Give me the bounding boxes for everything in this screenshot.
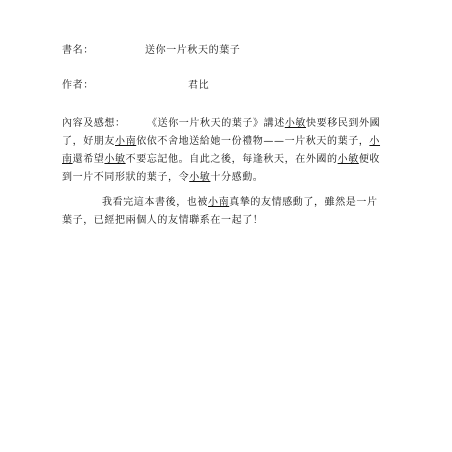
- paragraph1-line3: 南還希望小敏不要忘記他。自此之後，每逢秋天，在外國的小敏便收: [62, 154, 380, 166]
- paragraph2-line1: 我看完這本書後，也被小南真摯的友情感動了，雖然是一片: [102, 197, 378, 209]
- character-name-underlined: 小敏: [104, 154, 125, 165]
- text-run: 真摯的友情感動了，雖然是一片: [229, 197, 377, 208]
- character-name-underlined: 小南: [115, 136, 136, 147]
- text-run: 到一片不同形狀的葉子，令: [62, 172, 189, 183]
- paragraph1-line1: 《送你一片秋天的葉子》講述小敏快要移民到外國: [147, 118, 380, 130]
- text-run: 依依不舍地送給她一份禮物——一片秋天的葉子，: [136, 136, 369, 147]
- text-run: 不要忘記他。自此之後，每逢秋天，在外國的: [126, 154, 338, 165]
- section-label: 內容及感想：: [62, 118, 126, 130]
- character-name-underlined: 小: [369, 136, 380, 147]
- text-run: 了，好朋友: [62, 136, 115, 147]
- paragraph1-line2: 了，好朋友小南依依不舍地送給她一份禮物——一片秋天的葉子，小: [62, 136, 380, 148]
- author-value: 君比: [188, 80, 209, 92]
- book-title-label: 書名：: [62, 45, 94, 57]
- text-run: 我看完這本書後，也被: [102, 197, 208, 208]
- text-run: 葉子，已經把兩個人的友情聯系在一起了！: [62, 215, 263, 226]
- book-title-value: 送你一片秋天的葉子: [145, 45, 240, 57]
- author-label: 作者：: [62, 80, 94, 92]
- paragraph1-line4: 到一片不同形狀的葉子，令小敏十分感動。: [62, 172, 263, 184]
- character-name-underlined: 小敏: [338, 154, 359, 165]
- text-run: 十分感動。: [210, 172, 263, 183]
- text-run: 還希望: [73, 154, 105, 165]
- paragraph2-line2: 葉子，已經把兩個人的友情聯系在一起了！: [62, 215, 263, 227]
- text-run: 便收: [359, 154, 380, 165]
- character-name-underlined: 小敏: [189, 172, 210, 183]
- text-run: 《送你一片秋天的葉子》講述: [147, 118, 285, 129]
- text-run: 快要移民到外國: [306, 118, 380, 129]
- character-name-underlined: 南: [62, 154, 73, 165]
- character-name-underlined: 小南: [208, 197, 229, 208]
- character-name-underlined: 小敏: [285, 118, 306, 129]
